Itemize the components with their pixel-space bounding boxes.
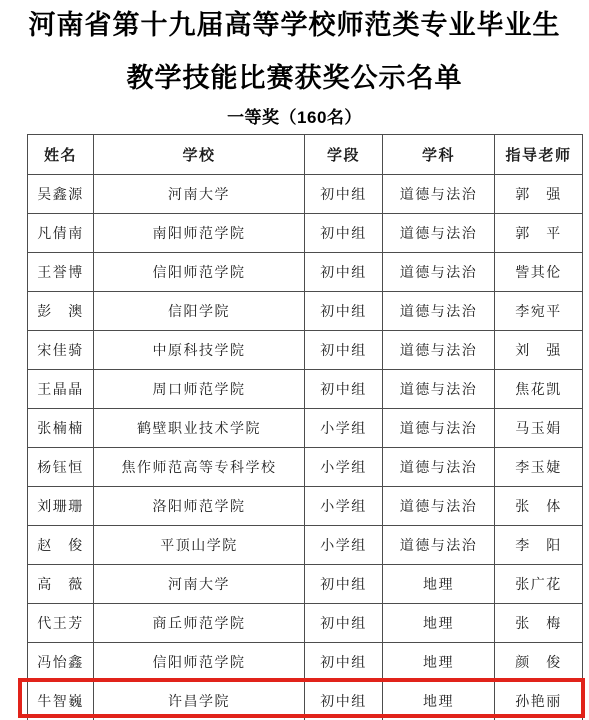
- cell-name: 张楠楠: [28, 409, 94, 448]
- cell-stage: 初中组: [305, 214, 383, 253]
- page-title-line2: 教学技能比赛获奖公示名单: [0, 41, 589, 94]
- cell-advisor: 李玉婕: [495, 448, 583, 487]
- cell-stage: 初中组: [305, 253, 383, 292]
- cell-name: 赵 俊: [28, 526, 94, 565]
- cell-subject: 道德与法治: [383, 448, 495, 487]
- table-row: 张楠楠鹤壁职业技术学院小学组道德与法治马玉娟: [28, 409, 583, 448]
- cell-advisor: 张 梅: [495, 604, 583, 643]
- cell-subject: 道德与法治: [383, 487, 495, 526]
- cell-subject: 道德与法治: [383, 370, 495, 409]
- cell-school: 周口师范学院: [94, 370, 305, 409]
- cell-school: 河南大学: [94, 175, 305, 214]
- cell-school: 中原科技学院: [94, 331, 305, 370]
- cell-subject: 地理: [383, 643, 495, 682]
- table-row: 代王芳商丘师范学院初中组地理张 梅: [28, 604, 583, 643]
- cell-advisor: 李 阳: [495, 526, 583, 565]
- cell-name: 杨钰恒: [28, 448, 94, 487]
- cell-school: 商丘师范学院: [94, 604, 305, 643]
- cell-advisor: 刘 强: [495, 331, 583, 370]
- cell-name: 凡倩南: [28, 214, 94, 253]
- cell-school: 信阳师范学院: [94, 253, 305, 292]
- cell-advisor: 孙艳丽: [495, 682, 583, 720]
- cell-subject: 道德与法治: [383, 175, 495, 214]
- cell-advisor: 焦花凯: [495, 370, 583, 409]
- cell-subject: 道德与法治: [383, 253, 495, 292]
- cell-subject: 道德与法治: [383, 214, 495, 253]
- cell-stage: 初中组: [305, 604, 383, 643]
- table-row: 彭 澳信阳学院初中组道德与法治李宛平: [28, 292, 583, 331]
- cell-stage: 初中组: [305, 331, 383, 370]
- table-row: 吴鑫源河南大学初中组道德与法治郭 强: [28, 175, 583, 214]
- table-row: 王晶晶周口师范学院初中组道德与法治焦花凯: [28, 370, 583, 409]
- cell-stage: 初中组: [305, 565, 383, 604]
- cell-advisor: 颜 俊: [495, 643, 583, 682]
- cell-name: 牛智巍: [28, 682, 94, 720]
- cell-subject: 地理: [383, 604, 495, 643]
- award-winners-table: 姓名 学校 学段 学科 指导老师 吴鑫源河南大学初中组道德与法治郭 强凡倩南南阳…: [27, 134, 583, 720]
- table-row: 刘珊珊洛阳师范学院小学组道德与法治张 体: [28, 487, 583, 526]
- cell-name: 吴鑫源: [28, 175, 94, 214]
- cell-stage: 小学组: [305, 526, 383, 565]
- header-school: 学校: [94, 135, 305, 175]
- cell-school: 许昌学院: [94, 682, 305, 720]
- table-row: 赵 俊平顶山学院小学组道德与法治李 阳: [28, 526, 583, 565]
- cell-name: 刘珊珊: [28, 487, 94, 526]
- cell-school: 信阳学院: [94, 292, 305, 331]
- cell-subject: 道德与法治: [383, 526, 495, 565]
- cell-name: 宋佳骑: [28, 331, 94, 370]
- cell-school: 焦作师范高等专科学校: [94, 448, 305, 487]
- cell-name: 王誉博: [28, 253, 94, 292]
- cell-name: 冯怡鑫: [28, 643, 94, 682]
- cell-stage: 初中组: [305, 292, 383, 331]
- cell-subject: 地理: [383, 682, 495, 720]
- header-stage: 学段: [305, 135, 383, 175]
- cell-subject: 道德与法治: [383, 409, 495, 448]
- prize-tier-subtitle: 一等奖（160名）: [0, 94, 589, 134]
- cell-stage: 小学组: [305, 448, 383, 487]
- table-row: 冯怡鑫信阳师范学院初中组地理颜 俊: [28, 643, 583, 682]
- cell-advisor: 郭 强: [495, 175, 583, 214]
- table-row: 宋佳骑中原科技学院初中组道德与法治刘 强: [28, 331, 583, 370]
- header-subject: 学科: [383, 135, 495, 175]
- table-row: 牛智巍许昌学院初中组地理孙艳丽: [28, 682, 583, 720]
- cell-school: 鹤壁职业技术学院: [94, 409, 305, 448]
- cell-school: 平顶山学院: [94, 526, 305, 565]
- cell-school: 信阳师范学院: [94, 643, 305, 682]
- cell-advisor: 马玉娟: [495, 409, 583, 448]
- header-advisor: 指导老师: [495, 135, 583, 175]
- cell-stage: 初中组: [305, 370, 383, 409]
- cell-name: 代王芳: [28, 604, 94, 643]
- cell-stage: 小学组: [305, 487, 383, 526]
- table-row: 高 薇河南大学初中组地理张广花: [28, 565, 583, 604]
- table-row: 杨钰恒焦作师范高等专科学校小学组道德与法治李玉婕: [28, 448, 583, 487]
- cell-advisor: 张广花: [495, 565, 583, 604]
- cell-school: 洛阳师范学院: [94, 487, 305, 526]
- cell-advisor: 郭 平: [495, 214, 583, 253]
- cell-stage: 初中组: [305, 682, 383, 720]
- header-name: 姓名: [28, 135, 94, 175]
- cell-subject: 地理: [383, 565, 495, 604]
- table-row: 凡倩南南阳师范学院初中组道德与法治郭 平: [28, 214, 583, 253]
- table-row: 王誉博信阳师范学院初中组道德与法治訾其伦: [28, 253, 583, 292]
- cell-name: 彭 澳: [28, 292, 94, 331]
- cell-name: 王晶晶: [28, 370, 94, 409]
- cell-stage: 初中组: [305, 643, 383, 682]
- cell-school: 南阳师范学院: [94, 214, 305, 253]
- cell-name: 高 薇: [28, 565, 94, 604]
- announcement-document: 河南省第十九届高等学校师范类专业毕业生 教学技能比赛获奖公示名单 一等奖（160…: [0, 0, 589, 720]
- cell-advisor: 张 体: [495, 487, 583, 526]
- table-header-row: 姓名 学校 学段 学科 指导老师: [28, 135, 583, 175]
- cell-subject: 道德与法治: [383, 292, 495, 331]
- cell-advisor: 李宛平: [495, 292, 583, 331]
- cell-stage: 初中组: [305, 175, 383, 214]
- cell-subject: 道德与法治: [383, 331, 495, 370]
- cell-school: 河南大学: [94, 565, 305, 604]
- page-title-line1: 河南省第十九届高等学校师范类专业毕业生: [0, 0, 589, 41]
- cell-stage: 小学组: [305, 409, 383, 448]
- cell-advisor: 訾其伦: [495, 253, 583, 292]
